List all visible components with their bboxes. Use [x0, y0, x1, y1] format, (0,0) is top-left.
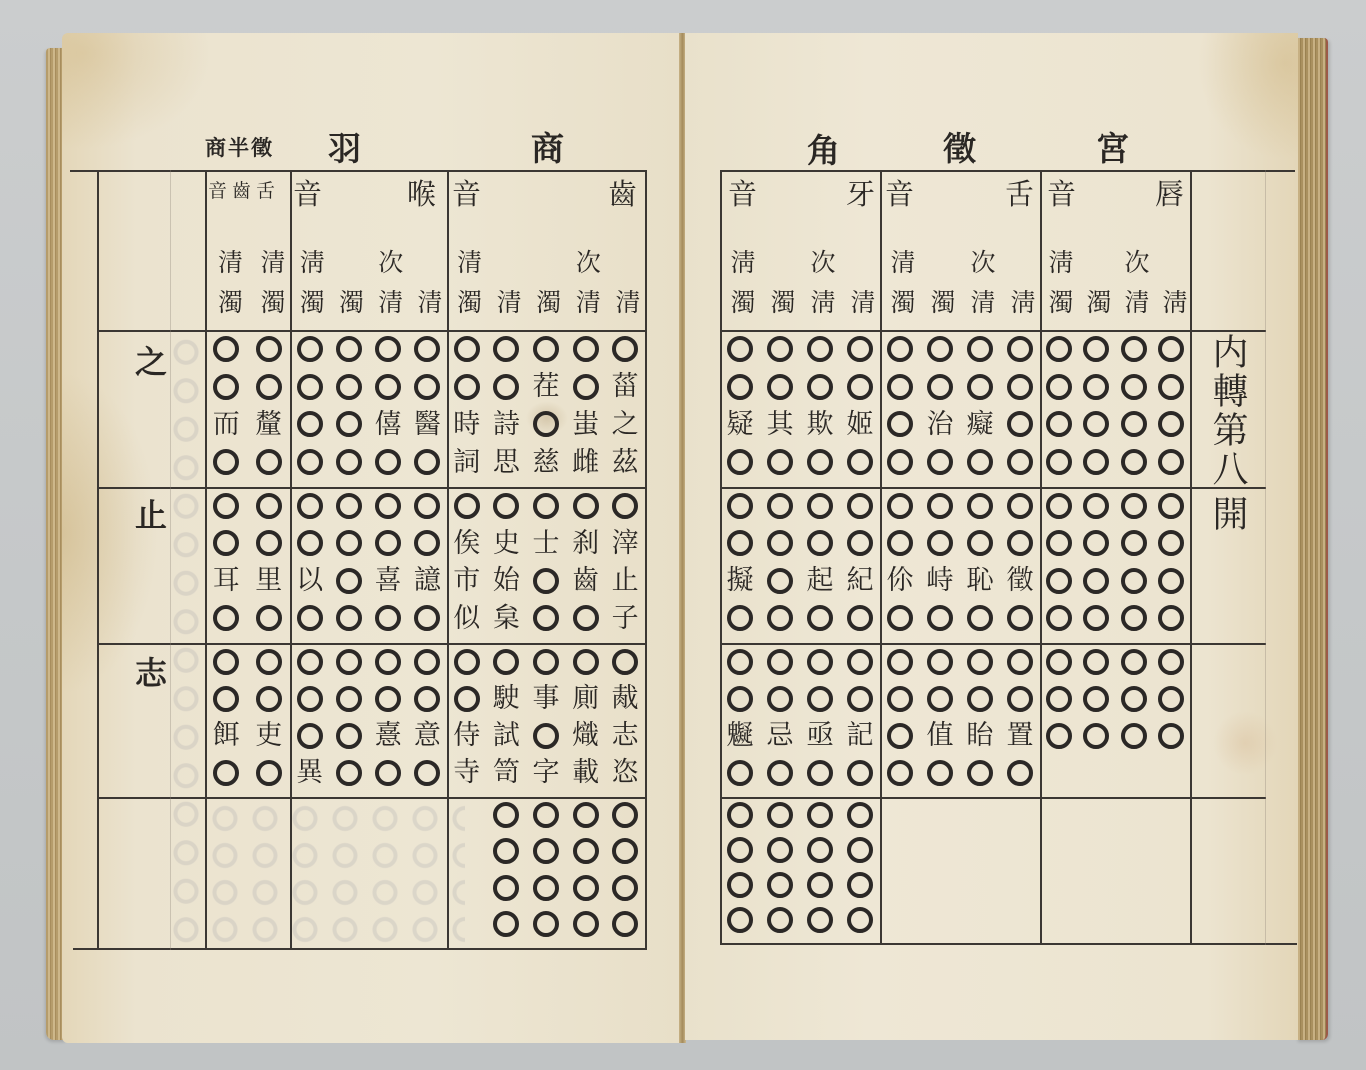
empty-syllable-circle: ○: [408, 330, 447, 368]
section-title-ya: 牙: [846, 180, 875, 209]
table-top-rule: [720, 170, 1295, 172]
syllable-char: 雌: [566, 443, 606, 481]
blank-cell: [248, 906, 291, 942]
empty-syllable-circle: ○: [800, 443, 840, 481]
blank-cell: [329, 870, 368, 906]
empty-syllable-circle: ○: [720, 368, 760, 406]
blank-cell: [369, 906, 408, 942]
column-label: 濁: [329, 247, 368, 329]
section-title-she: 舌: [1005, 180, 1034, 209]
grade-row-3: 䰯忌亟記○值眙置○○○○: [720, 717, 1190, 754]
syllable-char: 慈: [526, 443, 566, 481]
empty-syllable-circle: ○: [526, 330, 566, 368]
blank-cell: [447, 833, 487, 869]
empty-syllable-circle: ○: [1115, 717, 1153, 754]
empty-syllable-circle: ○: [960, 600, 1000, 638]
syllable-char: 醫: [408, 406, 447, 444]
empty-syllable-circle: ○: [408, 680, 447, 717]
empty-syllable-circle: ○: [760, 330, 800, 368]
empty-syllable-circle: ○: [1078, 330, 1116, 368]
rime-group-ping: ○○○○○○○○○○○○ ○○○○○○○○○○○○ 疑其欺姬○治癡○○○○○ ○…: [720, 330, 1190, 487]
she-cells: ○治癡○: [880, 406, 1040, 444]
empty-syllable-circle: ○: [526, 643, 566, 680]
chi-cells: ○○○○: [447, 870, 645, 906]
syllable-char: 治: [920, 406, 960, 444]
empty-syllable-circle: ○: [880, 643, 920, 680]
grade-row-2: ○○○○○○○駛事廁胾: [205, 680, 645, 717]
section-title-yin: 音: [293, 180, 322, 209]
rime-group-ru: ○○○○ ○○○○ ○○○○ ○○○○: [720, 797, 1190, 943]
empty-syllable-circle: ○: [760, 487, 800, 525]
section-title-yin: 音: [885, 180, 914, 209]
empty-syllable-circle: ○: [1078, 717, 1116, 754]
grade-row-3: 疑其欺姬○治癡○○○○○: [720, 406, 1190, 444]
empty-syllable-circle: ○: [329, 754, 368, 791]
empty-syllable-circle: ○: [447, 643, 487, 680]
ya-cells: ○○○○: [720, 525, 880, 563]
hou-cells: 以○喜譩: [290, 562, 447, 600]
empty-syllable-circle: ○: [1115, 680, 1153, 717]
empty-syllable-circle: ○: [605, 870, 645, 906]
top-label-zhi: 徵: [943, 132, 976, 165]
empty-syllable-circle: ○: [290, 717, 329, 754]
ya-cells: ○○○○: [720, 680, 880, 717]
grade-row-1: ○○○○: [720, 797, 1190, 832]
column-labels-chun: 淸濁濁次清淸: [1040, 247, 1190, 329]
grade-row-3: 耳里以○喜譩市始○齒止: [205, 562, 645, 600]
empty-syllable-circle: ○: [369, 487, 408, 525]
syllable-char: 擬: [720, 562, 760, 600]
syllable-char: 之: [605, 406, 645, 444]
empty-syllable-circle: ○: [248, 525, 291, 563]
empty-syllable-circle: ○: [1040, 562, 1078, 600]
empty-syllable-circle: ○: [526, 600, 566, 638]
column-label: 清濁: [447, 247, 487, 329]
chi-cells: ○○○○○: [447, 487, 645, 525]
empty-syllable-circle: ○: [1000, 600, 1040, 638]
empty-syllable-circle: ○: [329, 368, 368, 406]
she-cells: ○○○○: [880, 680, 1040, 717]
rime-label-zhi-rising: 止: [97, 499, 205, 531]
empty-syllable-circle: ○: [840, 832, 880, 867]
empty-syllable-circle: ○: [566, 797, 606, 833]
she-cells: ○○○○: [880, 443, 1040, 481]
empty-syllable-circle: ○: [760, 680, 800, 717]
syllable-char: 志: [605, 717, 645, 754]
blank-cell: [1115, 797, 1153, 832]
empty-syllable-circle: ○: [840, 680, 880, 717]
syllable-char: 喜: [369, 562, 408, 600]
syllable-char: 忌: [760, 717, 800, 754]
hou-cells: ○○○○: [290, 643, 447, 680]
grade-row-2: ○○○○: [205, 833, 645, 869]
chi-cells: ○○茬○菑: [447, 368, 645, 406]
column-label: 濁: [760, 247, 800, 329]
syllable-char: 茲: [605, 443, 645, 481]
empty-syllable-circle: ○: [248, 443, 291, 481]
syllable-char: 耳: [205, 562, 248, 600]
rime-group-qu: ○○○○○○○○○○○○ ○○○○○○○○○○○○ 䰯忌亟記○值眙置○○○○ ○…: [720, 643, 1190, 797]
grade-row-2: ○○○○○○俟史士刹滓: [205, 525, 645, 563]
empty-syllable-circle: ○: [369, 330, 408, 368]
grade-row-2: ○○○○: [720, 832, 1190, 867]
empty-syllable-circle: ○: [566, 330, 606, 368]
empty-syllable-circle: ○: [720, 443, 760, 481]
column-label: 濁: [526, 247, 566, 329]
sheqi-cells: ○○: [205, 443, 290, 481]
hou-cells: ○○○○: [290, 330, 447, 368]
column-label: 淸濁: [720, 247, 760, 329]
empty-syllable-circle: ○: [487, 797, 527, 833]
empty-syllable-circle: ○: [920, 368, 960, 406]
chun-cells: [1040, 754, 1190, 791]
blank-cell: [447, 797, 487, 833]
empty-syllable-circle: ○: [880, 754, 920, 791]
blank-cell: [205, 906, 248, 942]
blank-cell: [960, 902, 1000, 937]
grade-row-3: 而釐○○僖醫時詩○蚩之: [205, 406, 645, 444]
chi-cells: 寺笥字載恣: [447, 754, 645, 791]
blank-cell: [1115, 902, 1153, 937]
blank-cell: [1078, 902, 1116, 937]
empty-syllable-circle: ○: [605, 330, 645, 368]
chun-cells: [1040, 797, 1190, 832]
hou-cells: ○○○○: [290, 443, 447, 481]
empty-syllable-circle: ○: [840, 443, 880, 481]
grade-row-4: ○○○○○○○○○○○○: [720, 443, 1190, 481]
empty-syllable-circle: ○: [760, 368, 800, 406]
empty-syllable-circle: ○: [880, 443, 920, 481]
grade-row-4: ○○○○: [720, 902, 1190, 937]
ya-cells: ○○○○: [720, 643, 880, 680]
ya-cells: ○○○○: [720, 832, 880, 867]
syllable-char: 徵: [1000, 562, 1040, 600]
syllable-char: 市: [447, 562, 487, 600]
empty-syllable-circle: ○: [880, 717, 920, 754]
chun-cells: [1040, 832, 1190, 867]
empty-syllable-circle: ○: [1078, 600, 1116, 638]
empty-syllable-circle: ○: [1153, 406, 1191, 444]
column-labels-hou: 淸濁濁次清清: [290, 247, 447, 329]
sheqi-cells: ○○: [205, 525, 290, 563]
empty-syllable-circle: ○: [880, 330, 920, 368]
empty-syllable-circle: ○: [1153, 368, 1191, 406]
syllable-char: 恥: [960, 562, 1000, 600]
empty-syllable-circle: ○: [720, 680, 760, 717]
syllable-char: 笥: [487, 754, 527, 791]
empty-syllable-circle: ○: [880, 680, 920, 717]
syllable-char: 僖: [369, 406, 408, 444]
empty-syllable-circle: ○: [920, 443, 960, 481]
blank-cell: [920, 867, 960, 902]
syllable-char: 載: [566, 754, 606, 791]
syllable-char: 廁: [566, 680, 606, 717]
empty-syllable-circle: ○: [369, 680, 408, 717]
hou-cells: ○○憙意: [290, 717, 447, 754]
column-label: 次清: [960, 247, 1000, 329]
empty-syllable-circle: ○: [1078, 643, 1116, 680]
empty-syllable-circle: ○: [290, 443, 329, 481]
empty-syllable-circle: ○: [720, 797, 760, 832]
blank-cell: [408, 870, 447, 906]
blank-cell: [1115, 867, 1153, 902]
top-label-half-zhi-half-shang: 商半徵: [205, 137, 274, 158]
syllable-char: 而: [205, 406, 248, 444]
empty-syllable-circle: ○: [880, 600, 920, 638]
empty-syllable-circle: ○: [960, 330, 1000, 368]
blank-cell: [1078, 754, 1116, 791]
chun-cells: ○○○○: [1040, 680, 1190, 717]
syllable-char: 其: [760, 406, 800, 444]
she-cells: ○○○○: [880, 487, 1040, 525]
blank-cell: [960, 797, 1000, 832]
empty-syllable-circle: ○: [800, 867, 840, 902]
empty-syllable-circle: ○: [369, 600, 408, 638]
empty-syllable-circle: ○: [840, 867, 880, 902]
blank-cell: [248, 797, 291, 833]
section-title-sheqi: 音齒舌: [208, 182, 280, 201]
sheqi-cells: ○○: [205, 754, 290, 791]
empty-syllable-circle: ○: [1153, 680, 1191, 717]
empty-syllable-circle: ○: [329, 487, 368, 525]
column-rule: [645, 170, 647, 950]
empty-syllable-circle: ○: [920, 330, 960, 368]
syllable-char: 峙: [920, 562, 960, 600]
empty-syllable-circle: ○: [248, 754, 291, 791]
empty-syllable-circle: ○: [1040, 717, 1078, 754]
empty-syllable-circle: ○: [1153, 443, 1191, 481]
chun-cells: ○○○○: [1040, 600, 1190, 638]
empty-syllable-circle: ○: [1115, 562, 1153, 600]
empty-syllable-circle: ○: [1153, 525, 1191, 563]
empty-syllable-circle: ○: [1040, 680, 1078, 717]
syllable-char: 刹: [566, 525, 606, 563]
column-labels-ya: 淸濁濁次淸清: [720, 247, 880, 329]
table-bottom-rule: [73, 948, 647, 950]
empty-syllable-circle: ○: [1000, 643, 1040, 680]
ya-cells: ○○○○: [720, 487, 880, 525]
empty-syllable-circle: ○: [840, 902, 880, 937]
empty-syllable-circle: ○: [526, 406, 566, 444]
empty-syllable-circle: ○: [1153, 600, 1191, 638]
section-title-chun: 唇: [1155, 180, 1184, 209]
empty-syllable-circle: ○: [290, 680, 329, 717]
chun-cells: [1040, 902, 1190, 937]
chun-cells: ○○○○: [1040, 717, 1190, 754]
empty-syllable-circle: ○: [329, 330, 368, 368]
empty-syllable-circle: ○: [526, 870, 566, 906]
empty-syllable-circle: ○: [960, 643, 1000, 680]
syllable-char: 異: [290, 754, 329, 791]
empty-syllable-circle: ○: [800, 600, 840, 638]
syllable-char: 字: [526, 754, 566, 791]
chun-cells: ○○○○: [1040, 406, 1190, 444]
table-bottom-rule: [720, 943, 1297, 945]
blank-cell: [408, 797, 447, 833]
empty-syllable-circle: ○: [205, 330, 248, 368]
blank-cell: [369, 870, 408, 906]
chun-cells: ○○○○: [1040, 525, 1190, 563]
chun-cells: ○○○○: [1040, 330, 1190, 368]
syllable-char: 子: [605, 600, 645, 638]
column-label: 清: [408, 247, 447, 329]
empty-syllable-circle: ○: [1000, 487, 1040, 525]
empty-syllable-circle: ○: [800, 643, 840, 680]
chun-cells: ○○○○: [1040, 443, 1190, 481]
empty-syllable-circle: ○: [205, 643, 248, 680]
empty-syllable-circle: ○: [487, 368, 527, 406]
ya-cells: ○○○○: [720, 368, 880, 406]
blank-cell: [329, 906, 368, 942]
syllable-char: 亟: [800, 717, 840, 754]
blank-cell: [290, 797, 329, 833]
empty-syllable-circle: ○: [205, 525, 248, 563]
blank-cell: [880, 902, 920, 937]
blank-cell: [408, 906, 447, 942]
empty-syllable-circle: ○: [290, 330, 329, 368]
ya-cells: ○○○○: [720, 600, 880, 638]
empty-syllable-circle: ○: [566, 833, 606, 869]
grade-row-1: ○○○○○○○○○○○○: [720, 487, 1190, 525]
grade-row-3: 餌吏○○憙意侍試○熾志: [205, 717, 645, 754]
empty-syllable-circle: ○: [720, 902, 760, 937]
column-label: 清: [487, 247, 527, 329]
empty-syllable-circle: ○: [248, 680, 291, 717]
empty-syllable-circle: ○: [720, 832, 760, 867]
empty-syllable-circle: ○: [1115, 443, 1153, 481]
she-cells: [880, 832, 1040, 867]
empty-syllable-circle: ○: [1153, 717, 1191, 754]
left-page: 商半徵 羽 商 音齒舌 音 喉 音 齒 清濁清濁 淸濁濁次清清 清濁清濁次清清 …: [62, 33, 680, 1043]
hou-cells: [290, 797, 447, 833]
grade-row-2: ○○○○○○○○茬○菑: [205, 368, 645, 406]
empty-syllable-circle: ○: [800, 832, 840, 867]
she-cells: [880, 902, 1040, 937]
empty-syllable-circle: ○: [487, 870, 527, 906]
empty-syllable-circle: ○: [1078, 487, 1116, 525]
empty-syllable-circle: ○: [880, 525, 920, 563]
empty-syllable-circle: ○: [566, 870, 606, 906]
blank-cell: [248, 833, 291, 869]
chun-cells: ○○○○: [1040, 368, 1190, 406]
ya-cells: ○○○○: [720, 867, 880, 902]
empty-syllable-circle: ○: [720, 330, 760, 368]
grade-row-4: ○○○○○○似枲○○子: [205, 600, 645, 638]
grade-row-1: ○○○○○○○○○○○: [205, 487, 645, 525]
empty-syllable-circle: ○: [920, 487, 960, 525]
empty-syllable-circle: ○: [248, 487, 291, 525]
hou-cells: ○○○○: [290, 368, 447, 406]
chart-title: 内轉第八: [1190, 333, 1265, 489]
top-label-jue: 角: [807, 134, 840, 167]
empty-syllable-circle: ○: [1153, 487, 1191, 525]
rime-group-ru: ○○○○ ○○○○ ○○○○ ○○○○: [205, 797, 645, 948]
chi-cells: 市始○齒止: [447, 562, 645, 600]
bleed-through-texture: [166, 333, 206, 943]
section-title-yin: 音: [728, 180, 757, 209]
she-cells: ○○○○: [880, 330, 1040, 368]
syllable-char: 思: [487, 443, 527, 481]
empty-syllable-circle: ○: [605, 797, 645, 833]
blank-cell: [248, 870, 291, 906]
grade-row-3: ○○○○: [720, 867, 1190, 902]
grade-row-1: ○○○○: [205, 797, 645, 833]
blank-cell: [1000, 832, 1040, 867]
section-title-yin: 音: [452, 180, 481, 209]
syllable-char: 吏: [248, 717, 291, 754]
column-labels-chi: 清濁清濁次清清: [447, 247, 645, 329]
syllable-char: 釐: [248, 406, 291, 444]
empty-syllable-circle: ○: [1153, 330, 1191, 368]
sheqi-cells: ○○: [205, 600, 290, 638]
chun-cells: ○○○○: [1040, 643, 1190, 680]
blank-cell: [1115, 832, 1153, 867]
hou-cells: ○○○○: [290, 680, 447, 717]
empty-syllable-circle: ○: [447, 368, 487, 406]
syllable-char: 似: [447, 600, 487, 638]
empty-syllable-circle: ○: [290, 368, 329, 406]
syllable-char: 胾: [605, 680, 645, 717]
blank-cell: [1040, 797, 1078, 832]
blank-cell: [960, 867, 1000, 902]
blank-cell: [447, 870, 487, 906]
blank-cell: [920, 797, 960, 832]
section-title-yin: 音: [1047, 180, 1076, 209]
grade-row-2: ○○○○○○○○○○○○: [720, 680, 1190, 717]
empty-syllable-circle: ○: [487, 643, 527, 680]
syllable-char: 始: [487, 562, 527, 600]
empty-syllable-circle: ○: [1153, 643, 1191, 680]
blank-cell: [1153, 754, 1191, 791]
syllable-char: 時: [447, 406, 487, 444]
blank-cell: [1040, 832, 1078, 867]
empty-syllable-circle: ○: [408, 487, 447, 525]
rime-label-zhi: 之: [97, 346, 205, 378]
syllable-char: 紀: [840, 562, 880, 600]
empty-syllable-circle: ○: [205, 680, 248, 717]
blank-cell: [1000, 902, 1040, 937]
empty-syllable-circle: ○: [329, 600, 368, 638]
blank-cell: [1000, 867, 1040, 902]
empty-syllable-circle: ○: [960, 525, 1000, 563]
hou-cells: [290, 870, 447, 906]
empty-syllable-circle: ○: [880, 368, 920, 406]
empty-syllable-circle: ○: [960, 443, 1000, 481]
sheqi-cells: [205, 797, 290, 833]
syllable-char: 史: [487, 525, 527, 563]
syllable-char: 詩: [487, 406, 527, 444]
column-label: 濁: [1078, 247, 1116, 329]
empty-syllable-circle: ○: [1040, 643, 1078, 680]
empty-syllable-circle: ○: [329, 525, 368, 563]
empty-syllable-circle: ○: [1078, 562, 1116, 600]
empty-syllable-circle: ○: [248, 643, 291, 680]
empty-syllable-circle: ○: [1000, 330, 1040, 368]
empty-syllable-circle: ○: [447, 680, 487, 717]
right-page: 角 徵 宮 音 牙 音 舌 音 唇 淸濁濁次淸清 清濁濁次清淸 淸濁濁次清淸 内…: [685, 33, 1298, 1040]
empty-syllable-circle: ○: [1000, 754, 1040, 791]
empty-syllable-circle: ○: [1115, 525, 1153, 563]
column-label: 淸濁: [290, 247, 329, 329]
empty-syllable-circle: ○: [487, 833, 527, 869]
blank-cell: [880, 832, 920, 867]
empty-syllable-circle: ○: [960, 487, 1000, 525]
she-cells: ○值眙置: [880, 717, 1040, 754]
syllable-char: 憙: [369, 717, 408, 754]
chun-cells: [1040, 867, 1190, 902]
empty-syllable-circle: ○: [720, 525, 760, 563]
empty-syllable-circle: ○: [840, 754, 880, 791]
